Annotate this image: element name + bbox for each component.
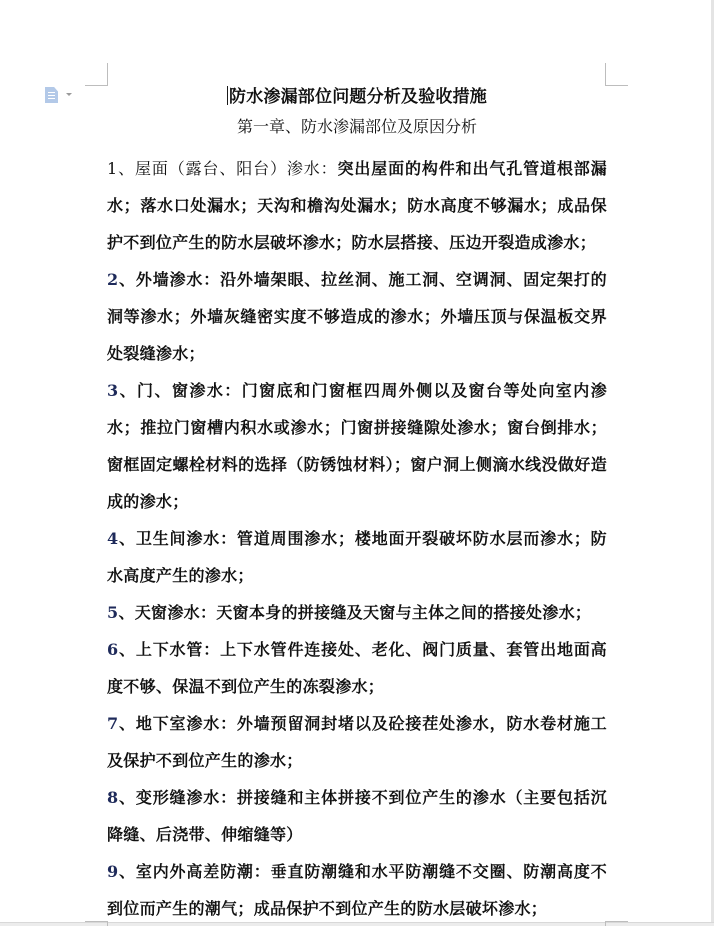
- list-item: 1、屋面（露台、阳台）渗水：突出屋面的构件和出气孔管道根部漏水；落水口处漏水；天…: [107, 150, 607, 261]
- item-text: 门窗底和门窗框四周外侧以及窗台等处向室内渗水；推拉门窗槽内积水或渗水；门窗拼接缝…: [107, 381, 607, 511]
- item-number: 6: [107, 640, 118, 659]
- list-item: 4、卫生间渗水：管道周围渗水；楼地面开裂破坏防水层而渗水；防水高度产生的渗水；: [107, 520, 607, 594]
- list-item: 7、地下室渗水：外墙预留洞封堵以及砼接茬处渗水，防水卷材施工及保护不到位产生的渗…: [107, 705, 607, 779]
- item-separator: 、: [118, 640, 135, 659]
- item-label: 门、窗渗水：: [137, 381, 242, 400]
- item-separator: 、: [118, 603, 134, 622]
- item-number: 2: [107, 270, 118, 289]
- item-label: 屋面（露台、阳台）渗水：: [135, 159, 338, 178]
- item-number: 9: [107, 862, 118, 881]
- item-label: 卫生间渗水：: [136, 529, 237, 548]
- item-separator: 、: [118, 788, 135, 807]
- document-icon[interactable]: [45, 87, 58, 103]
- item-label: 变形缝渗水：: [136, 788, 237, 807]
- item-label: 天窗渗水：: [135, 603, 217, 622]
- chapter-heading: 第一章、防水渗漏部位及原因分析: [107, 114, 607, 140]
- document-page[interactable]: 防水渗漏部位问题分析及验收措施 第一章、防水渗漏部位及原因分析 1、屋面（露台、…: [107, 80, 607, 926]
- item-separator: 、: [117, 159, 134, 178]
- list-item: 2、外墙渗水：沿外墙架眼、拉丝洞、施工洞、空调洞、固定架打的洞等渗水；外墙灰缝密…: [107, 261, 607, 372]
- item-separator: 、: [118, 714, 135, 733]
- item-number: 7: [107, 714, 118, 733]
- item-label: 室内外高差防潮：: [136, 862, 271, 881]
- item-number: 5: [107, 603, 118, 622]
- text-cursor: [227, 86, 228, 105]
- margin-corner-top-left: [85, 63, 108, 86]
- list-item: 6、上下水管：上下水管件连接处、老化、阀门质量、套管出地面高度不够、保温不到位产…: [107, 631, 607, 705]
- item-separator: 、: [118, 381, 137, 400]
- list-item: 3、门、窗渗水：门窗底和门窗框四周外侧以及窗台等处向室内渗水；推拉门窗槽内积水或…: [107, 372, 607, 520]
- item-number: 1: [107, 159, 117, 178]
- item-list: 1、屋面（露台、阳台）渗水：突出屋面的构件和出气孔管道根部漏水；落水口处漏水；天…: [107, 150, 607, 926]
- margin-corner-top-right: [605, 63, 628, 86]
- list-item: 5、天窗渗水：天窗本身的拼接缝及天窗与主体之间的搭接处渗水；: [107, 594, 607, 631]
- item-separator: 、: [118, 270, 135, 289]
- item-number: 3: [107, 381, 118, 400]
- item-number: 4: [107, 529, 118, 548]
- dropdown-arrow-icon[interactable]: [66, 93, 72, 96]
- item-separator: 、: [118, 529, 135, 548]
- item-text: 天窗本身的拼接缝及天窗与主体之间的搭接处渗水；: [216, 603, 591, 622]
- item-label: 外墙渗水：: [136, 270, 220, 289]
- document-title: 防水渗漏部位问题分析及验收措施: [107, 80, 607, 114]
- list-item: 9、室内外高差防潮：垂直防潮缝和水平防潮缝不交圈、防潮高度不到位而产生的潮气；成…: [107, 853, 607, 926]
- item-separator: 、: [118, 862, 135, 881]
- list-item: 8、变形缝渗水：拼接缝和主体拼接不到位产生的渗水（主要包括沉降缝、后浇带、伸缩缝…: [107, 779, 607, 853]
- item-label: 上下水管：: [136, 640, 220, 659]
- margin-corner-bottom-right: [605, 921, 628, 926]
- margin-corner-bottom-left: [85, 921, 108, 926]
- document-title-text: 防水渗漏部位问题分析及验收措施: [229, 87, 487, 107]
- item-number: 8: [107, 788, 118, 807]
- item-label: 地下室渗水：: [136, 714, 237, 733]
